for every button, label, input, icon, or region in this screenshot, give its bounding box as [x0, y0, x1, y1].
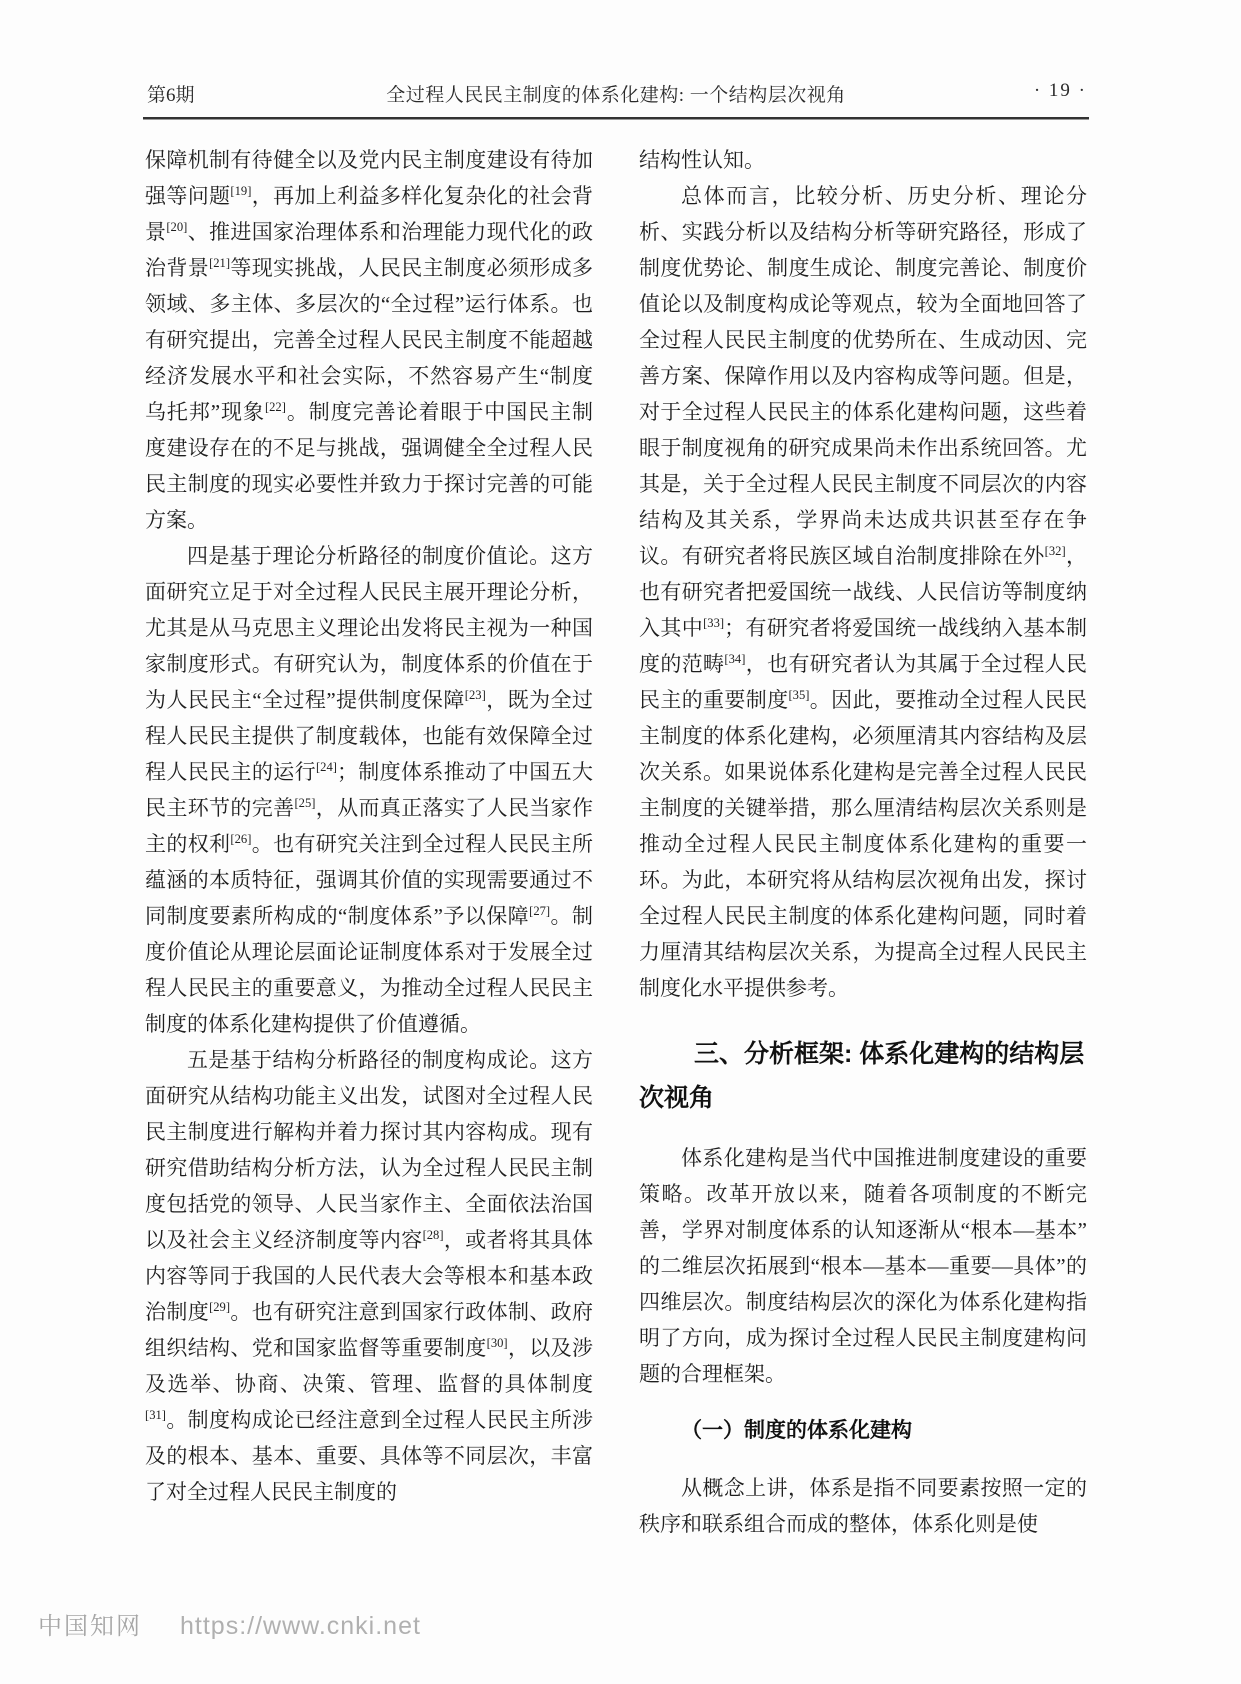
left-column: 保障机制有待健全以及党内民主制度建设有待加强等问题[19]，再加上利益多样化复杂… — [145, 142, 593, 1542]
header-rule — [143, 117, 1089, 120]
paragraph-composition-theory: 五是基于结构分析路径的制度构成论。这方面研究从结构功能主义出发，试图对全过程人民… — [145, 1042, 593, 1510]
cnki-site-name: 中国知网 — [38, 1606, 142, 1641]
article-body: 保障机制有待健全以及党内民主制度建设有待加强等问题[19]，再加上利益多样化复杂… — [145, 142, 1087, 1542]
section-heading-three: 三、分析框架: 体系化建构的结构层次视角 — [639, 1032, 1087, 1120]
paragraph-continuation: 结构性认知。 — [639, 142, 1087, 178]
page-header: 第6期 全过程人民民主制度的体系化建构: 一个结构层次视角 · 19 · — [145, 80, 1087, 108]
running-title: 全过程人民民主制度的体系化建构: 一个结构层次视角 — [145, 80, 1087, 107]
page-number: · 19 · — [1034, 80, 1087, 102]
subsection-heading-one: （一）制度的体系化建构 — [639, 1413, 1087, 1449]
right-column: 结构性认知。 总体而言，比较分析、历史分析、理论分析、实践分析以及结构分析等研究… — [639, 142, 1087, 1542]
paragraph-summary: 总体而言，比较分析、历史分析、理论分析、实践分析以及结构分析等研究路径，形成了制… — [639, 178, 1087, 1006]
paragraph-value-theory: 四是基于理论分析路径的制度价值论。这方面研究立足于对全过程人民民主展开理论分析，… — [145, 538, 593, 1042]
page-footer: 中国知网 https://www.cnki.net — [38, 1606, 421, 1640]
paragraph-institution-challenges: 保障机制有待健全以及党内民主制度建设有待加强等问题[19]，再加上利益多样化复杂… — [145, 142, 593, 538]
paragraph-concept: 从概念上讲，体系是指不同要素按照一定的秩序和联系组合而成的整体，体系化则是使 — [639, 1470, 1087, 1542]
cnki-url: https://www.cnki.net — [180, 1612, 421, 1641]
paragraph-framework: 体系化建构是当代中国推进制度建设的重要策略。改革开放以来，随着各项制度的不断完善… — [639, 1140, 1087, 1392]
